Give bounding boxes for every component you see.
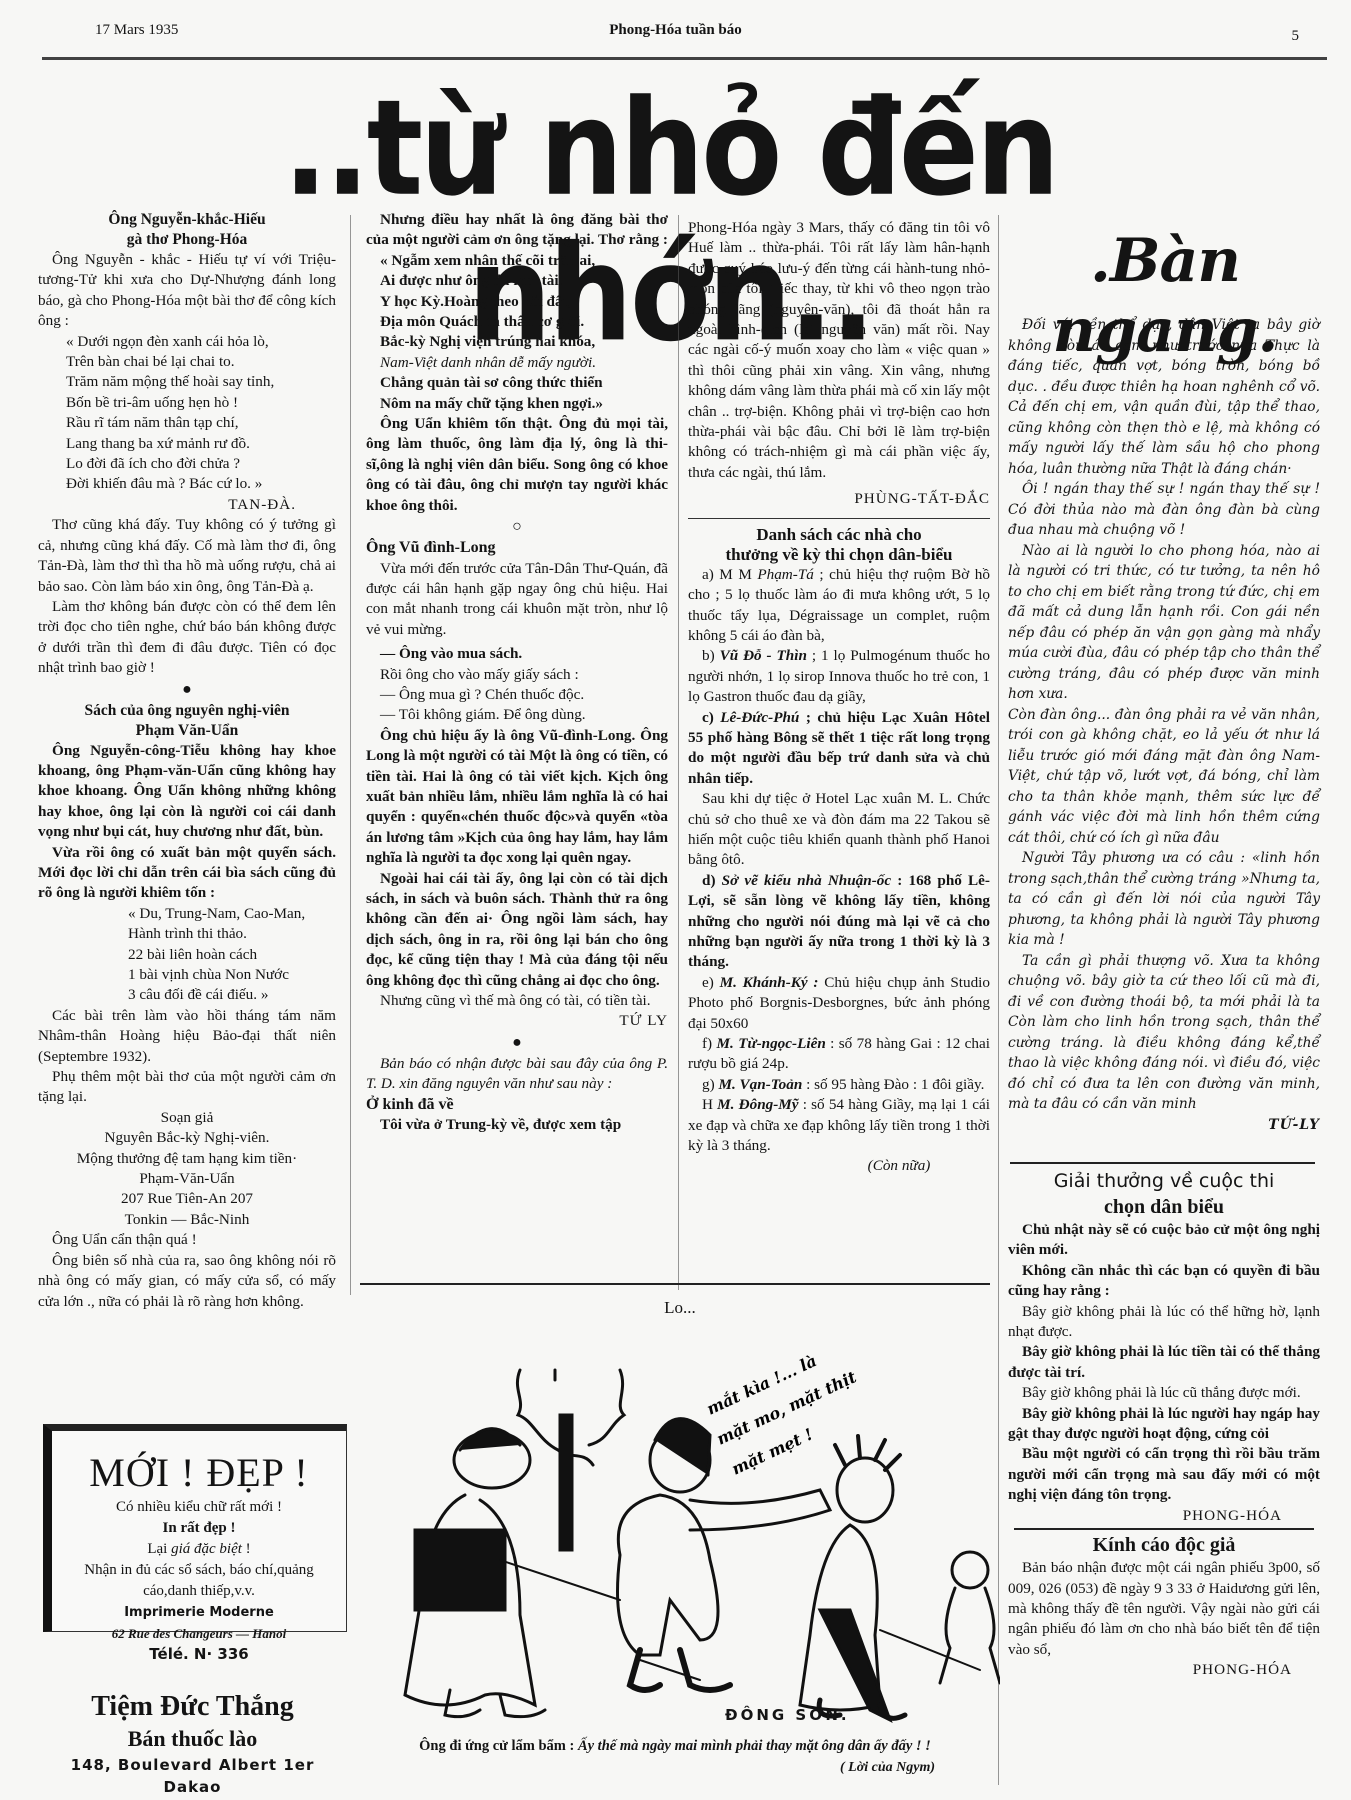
column-divider: [350, 215, 351, 1295]
poem-line: Bốn bề tri-âm uống hẹn hò !: [38, 393, 336, 413]
prize-item: b) Vũ Đỗ - Thìn ; 1 lọ Pulmogénum thuốc …: [688, 646, 990, 707]
shop-advertisement: Tiệm Đức Thắng Bán thuốc lào 148, Boulev…: [40, 1690, 345, 1798]
prize-item: e) M. Khánh-Ký : Chủ hiệu chụp ảnh Studi…: [688, 973, 990, 1034]
prize-item: d) Sở vẽ kiểu nhà Nhuận-ốc : 168 phố Lê-…: [688, 871, 990, 973]
ad-line: Có nhiều kiểu chữ rất mới !: [52, 1497, 346, 1518]
book-line: Hành trình thi thảo.: [38, 924, 336, 944]
circle-separator-icon: ○: [366, 516, 668, 538]
poem-line: Rầu rĩ tám năm thân tạp chí,: [38, 413, 336, 433]
article-paragraph: Nhưng điều hay nhất là ông đăng bài thơ …: [366, 210, 668, 251]
article-paragraph: Phong-Hóa ngày 3 Mars, thấy có đăng tin …: [688, 218, 990, 483]
book-line: 1 bài vịnh chùa Non Nước: [38, 965, 336, 985]
poem-line: Đời khiến đâu mà ? Bác cứ lo. »: [38, 474, 336, 494]
article-paragraph: Ông biên số nhà của ra, sao ông không nó…: [38, 1251, 336, 1312]
poem-line: « Ngẫm xem nhân thế cõi trần ai,: [366, 251, 668, 271]
man-with-umbrella-icon: [800, 1436, 905, 1720]
shop-tagline: Bán thuốc lào: [40, 1724, 345, 1754]
article-paragraph: Phụ thêm một bài thơ của một người cảm ơ…: [38, 1067, 336, 1108]
column-4: Đối với nền thể dục, dân Việt ta bây giờ…: [1008, 315, 1320, 1135]
list-title: Danh sách các nhà cho: [688, 525, 990, 545]
article-title: Phạm Văn-Uẩn: [38, 721, 336, 741]
ad-company: Imprimerie Moderne: [52, 1602, 346, 1623]
credit-line: Phạm-Văn-Uẩn: [38, 1169, 336, 1189]
poem-line: « Dưới ngọn đèn xanh cái hỏa lò,: [38, 332, 336, 352]
credit-line: Mộng thưởng đệ tam hạng kim tiền·: [38, 1149, 336, 1169]
article-paragraph: Còn đàn ông... đàn ông phải ra vẻ văn nh…: [1008, 705, 1320, 849]
ad-phone: Télé. N· 336: [52, 1644, 346, 1665]
ad-line: Nhận in đủ các sổ sách, báo chí,quảng cá…: [52, 1560, 346, 1602]
poem-line: Bắc-kỳ Nghị viện trúng hai khóa,: [366, 332, 668, 352]
article-signature: TỨ LY: [366, 1011, 668, 1031]
column-divider: [678, 215, 679, 1290]
article-paragraph: Không cần nhắc thì các bạn có quyền đi b…: [1008, 1261, 1320, 1302]
poem-line: Trăm năm mộng thế hoài say tỉnh,: [38, 372, 336, 392]
article-paragraph: Bây giờ không phải là lúc có thể hững hờ…: [1008, 1302, 1320, 1343]
shop-address: 148, Boulevard Albert 1er Dakao: [40, 1754, 345, 1798]
dialog-line: — Ông vào mua sách.: [366, 644, 668, 664]
poem-line: Chẳng quản tài sơ công thức thiển: [366, 373, 668, 393]
poem-line: Nôm na mấy chữ tặng khen ngợi.»: [366, 394, 668, 414]
printing-advertisement: MỚI ! ĐẸP ! Có nhiều kiểu chữ rất mới ! …: [43, 1424, 347, 1632]
article-paragraph: Vừa mới đến trước cửa Tân-Dân Thư-Quán, …: [366, 559, 668, 641]
prize-item: c) Lê-Đức-Phú ; chủ hiệu Lạc Xuân Hôtel …: [688, 708, 990, 790]
article-paragraph: Tôi vừa ở Trung-kỳ về, được xem tập: [366, 1115, 668, 1135]
article-paragraph: Vừa rồi ông có xuất bản một quyển sách. …: [38, 843, 336, 904]
cartoon-caption: Ông đi ứng cử lẩm bẩm : Ấy thế mà ngày m…: [360, 1738, 990, 1755]
poem-line: Địa môn Quách-tả thấu cơ giời.: [366, 312, 668, 332]
credit-line: Tonkin — Bắc-Ninh: [38, 1210, 336, 1230]
poem-line: Lang thang ba xứ mảnh rư đồ.: [38, 434, 336, 454]
article-signature: TỨ-LY: [1008, 1115, 1320, 1136]
continued-note: (Còn nữa): [688, 1156, 990, 1176]
poem-author: TAN-ĐÀ.: [38, 495, 336, 515]
article-paragraph: Bây giờ không phải là lúc cũ thắng được …: [1008, 1383, 1320, 1403]
article-paragraph: Làm thơ không bán được còn có thể đem lê…: [38, 597, 336, 679]
man-with-folder-icon: [405, 1429, 545, 1717]
cartoon-title: Lo...: [360, 1298, 1000, 1318]
article-title: Giải thưởng về cuộc thi: [1008, 1168, 1320, 1194]
column-2: Nhưng điều hay nhất là ông đăng bài thơ …: [366, 210, 668, 1135]
article-signature: PHONG-HÓA: [1008, 1660, 1320, 1680]
article-paragraph: Ông chủ hiệu ấy là ông Vũ-đình-Long. Ông…: [366, 726, 668, 869]
bullet-separator-icon: ●: [366, 1032, 668, 1054]
section-rule: [1014, 1528, 1314, 1530]
editor-note: Bản báo có nhận được bài sau đây của ông…: [366, 1054, 668, 1095]
article-title: Kính cáo độc giả: [1008, 1532, 1320, 1558]
article-signature: PHÙNG-TẤT-ĐẮC: [688, 489, 990, 509]
article-paragraph: Ông Uẩn cẩn thận quá !: [38, 1230, 336, 1250]
child-icon: [940, 1552, 1000, 1683]
book-line: 22 bài liên hoàn cách: [38, 945, 336, 965]
article-paragraph: Đối với nền thể dục, dân Việt ta bây giờ…: [1008, 315, 1320, 479]
page-number: 5: [1292, 28, 1300, 45]
article-title: Ông Nguyễn-khắc-Hiếu: [38, 210, 336, 230]
column-3: Phong-Hóa ngày 3 Mars, thấy có đăng tin …: [688, 218, 990, 1177]
article-paragraph: Bây giờ không phải là lúc tiền tài có th…: [1008, 1342, 1320, 1383]
article-title: Sách của ông nguyên nghị-viên: [38, 701, 336, 721]
prize-item: H M. Đông-Mỹ : số 54 hàng Giầy, mạ lại 1…: [688, 1095, 990, 1156]
prize-item: f) M. Từ-ngọc-Liên : số 78 hàng Gai : 12…: [688, 1034, 990, 1075]
list-title: thưởng về kỳ thi chọn dân-biểu: [688, 545, 990, 565]
section-title: Ở kinh đã về: [366, 1095, 668, 1115]
article-paragraph: Bầu một người có cẩn trọng thì rồi bầu t…: [1008, 1444, 1320, 1505]
column-1: Ông Nguyễn-khắc-Hiếu gà thơ Phong-Hóa Ôn…: [38, 210, 336, 1312]
poem-line: Nam-Việt danh nhân dễ mấy người.: [366, 353, 668, 373]
ad-address: 62 Rue des Changeurs — Hanoi: [52, 1623, 346, 1644]
masthead-rule: [42, 57, 1327, 60]
prize-item: g) M. Vạn-Toản : số 95 hàng Đào : 1 đôi …: [688, 1075, 990, 1095]
article-title: chọn dân biểu: [1008, 1194, 1320, 1220]
article-paragraph: Chủ nhật này sẽ có cuộc bảo cử một ông n…: [1008, 1220, 1320, 1261]
article-paragraph: Ông Nguyễn-công-Tiễu không hay khoe khoa…: [38, 741, 336, 843]
article-paragraph: Ông Uẩn khiêm tốn thật. Ông đủ mọi tài, …: [366, 414, 668, 516]
section-title: Ông Vũ đình-Long: [366, 538, 668, 558]
cartoon-illustration: mắt kìa !... là mặt mo, mặt thịt mặt mẹt…: [380, 1330, 1000, 1740]
article-paragraph: Ôi ! ngán thay thế sự ! ngán thay thế sự…: [1008, 479, 1320, 541]
article-paragraph: Các bài trên làm vào hồi tháng tám năm N…: [38, 1006, 336, 1067]
tree-icon: [517, 1370, 624, 1550]
column-5: Giải thưởng về cuộc thi chọn dân biểu Ch…: [1008, 1168, 1320, 1681]
article-paragraph: Thơ cũng khá đấy. Tuy không có ý tưởng g…: [38, 515, 336, 597]
poem-line: Trên bàn chai bé lại chai to.: [38, 352, 336, 372]
cartoon-artist-signature: ĐÔNG SƠN.: [725, 1706, 850, 1724]
article-signature: PHONG-HÓA: [1008, 1506, 1320, 1526]
ad-headline: MỚI ! ĐẸP !: [52, 1449, 346, 1497]
speech-bubble: mắt kìa !... là mặt mo, mặt thịt mặt mẹt…: [703, 1350, 860, 1478]
prize-item: Sau khi dự tiệc ở Hotel Lạc xuân M. L. C…: [688, 789, 990, 871]
article-paragraph: Bây giờ không phải là lúc người hay ngáp…: [1008, 1404, 1320, 1445]
book-line: « Du, Trung-Nam, Cao-Man,: [38, 904, 336, 924]
dialog-line: Rồi ông cho vào mấy giấy sách :: [366, 665, 668, 685]
dialog-line: — Ông mua gì ? Chén thuốc độc.: [366, 685, 668, 705]
section-rule: [360, 1283, 990, 1285]
poem-line: Lo đời đã ích cho đời chửa ?: [38, 454, 336, 474]
credit-line: Nguyên Bắc-kỳ Nghị-viên.: [38, 1128, 336, 1148]
section-rule: [1010, 1162, 1315, 1164]
article-paragraph: Ông Nguyễn - khắc - Hiếu tự ví với Triệu…: [38, 250, 336, 332]
article-paragraph: Nhưng cũng vì thế mà ông có tài, có tiền…: [366, 991, 668, 1011]
cartoon-credit: ( Lời của Ngym): [840, 1760, 935, 1776]
dialog-line: — Tôi không giám. Để ông dùng.: [366, 705, 668, 725]
article-paragraph: Bản báo nhận được một cái ngân phiếu 3p0…: [1008, 1558, 1320, 1660]
credit-line: 207 Rue Tiên-An 207: [38, 1189, 336, 1209]
article-paragraph: Ta cần gì phải thượng võ. Xưa ta không c…: [1008, 951, 1320, 1115]
book-line: 3 câu đối đề cái điếu. »: [38, 985, 336, 1005]
prize-item: a) M M Phạm-Tá ; chủ hiệu thợ ruộm Bờ hồ…: [688, 565, 990, 647]
poem-line: Ai được như ông đủ mọi tài.: [366, 271, 668, 291]
newspaper-title: Phong-Hóa tuần báo: [0, 22, 1351, 39]
article-paragraph: Nào ai là người lo cho phong hóa, nào ai…: [1008, 541, 1320, 705]
ad-line: Lại giá đặc biệt !: [52, 1539, 346, 1560]
section-rule: [688, 518, 990, 519]
article-paragraph: Người Tây phương ưa có câu : «linh hồn t…: [1008, 848, 1320, 951]
shop-name: Tiệm Đức Thắng: [40, 1690, 345, 1724]
credit-line: Soạn giả: [38, 1108, 336, 1128]
article-title: gà thơ Phong-Hóa: [38, 230, 336, 250]
poem-line: Y học Kỳ.Hoàng theo nết đất,: [366, 292, 668, 312]
article-paragraph: Ngoài hai cái tài ấy, ông lại còn có tài…: [366, 869, 668, 991]
woman-pointing-icon: [618, 1419, 831, 1690]
ad-line: In rất đẹp !: [52, 1518, 346, 1539]
bullet-separator-icon: ●: [38, 679, 336, 701]
